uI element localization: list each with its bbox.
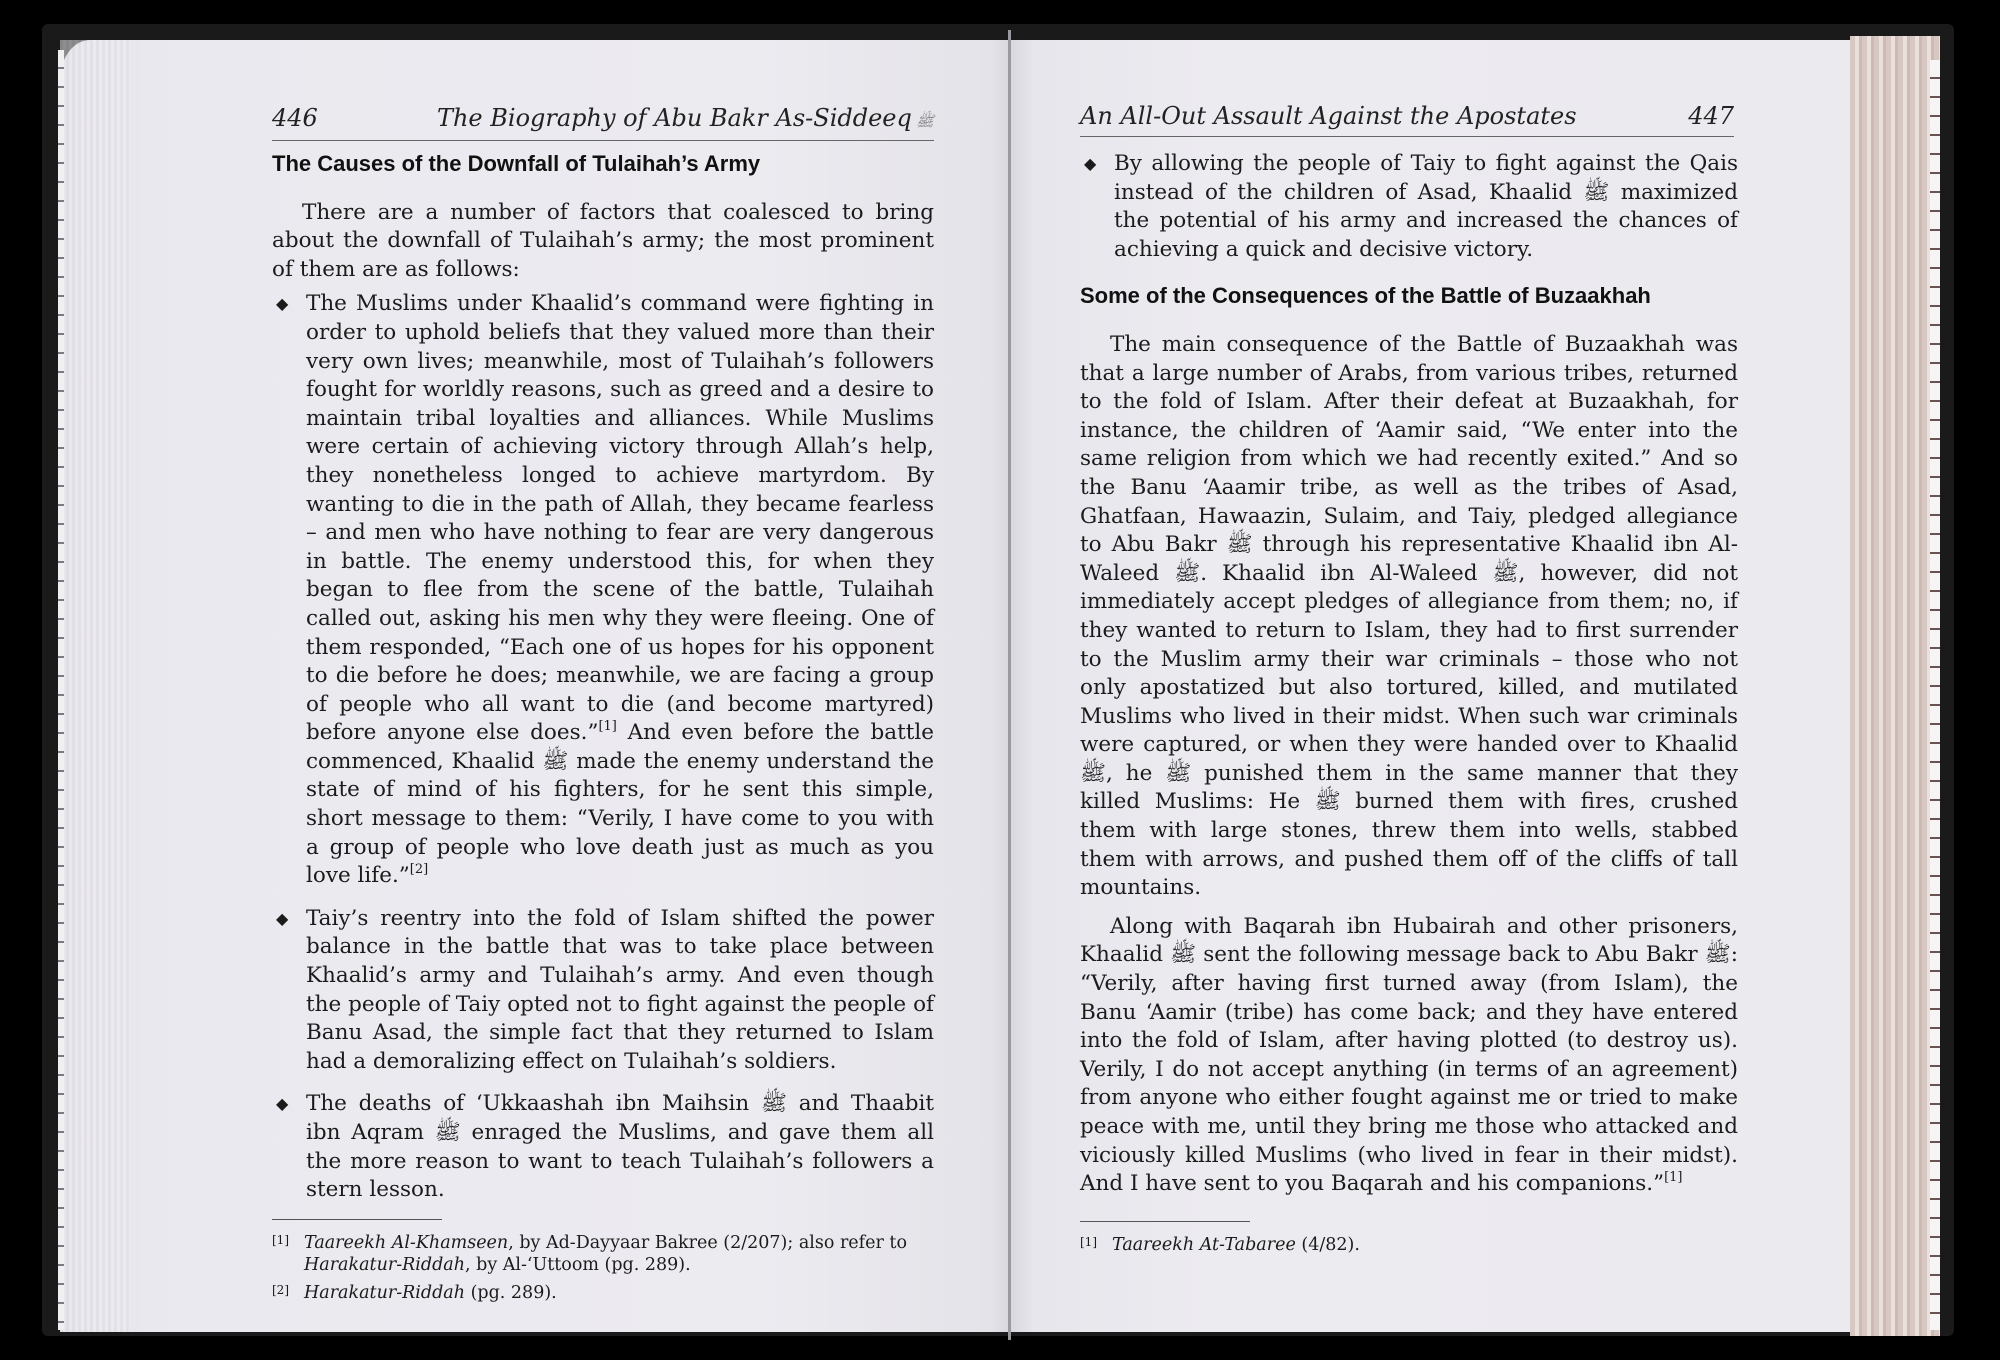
footnote: [1] Taareekh At-Tabaree (4/82). [1080, 1234, 1738, 1256]
diamond-bullet-icon: ◆ [276, 905, 288, 934]
left-running-header: 446 The Biography of Abu Bakr As-Siddeeq… [272, 104, 934, 141]
body-paragraph: The main consequence of the Battle of Bu… [1080, 331, 1738, 903]
right-running-header: An All-Out Assault Against the Apostates… [1080, 102, 1734, 137]
footnote: [1] Taareekh Al-Khamseen, by Ad-Dayyaar … [272, 1232, 934, 1276]
footnote-divider [1080, 1221, 1250, 1222]
left-page-content: The Causes of the Downfall of Tulaihah’s… [272, 150, 934, 1310]
footnote-ref[interactable]: [1] [598, 719, 616, 734]
bullet-item: ◆ The deaths of ‘Ukkaashah ibn Maihsin ﷺ… [272, 1090, 934, 1204]
intro-paragraph: There are a number of factors that coale… [272, 199, 934, 285]
diamond-bullet-icon: ◆ [276, 1090, 288, 1119]
book-gutter [1008, 30, 1011, 1340]
diamond-bullet-icon: ◆ [1084, 150, 1096, 179]
diamond-bullet-icon: ◆ [276, 290, 288, 319]
right-page-block [1850, 36, 1940, 1336]
honorific-icon: ﷺ [916, 112, 934, 130]
right-cover-stitching [1930, 60, 1940, 1330]
section-title: Some of the Consequences of the Battle o… [1080, 282, 1738, 311]
left-cover-stitching [58, 50, 64, 1330]
bullet-item: ◆ Taiy’s reentry into the fold of Islam … [272, 905, 934, 1077]
footnote: [2] Harakatur-Riddah (pg. 289). [272, 1282, 934, 1304]
page-number: 446 [272, 104, 318, 132]
body-paragraph: Along with Baqarah ibn Hubairah and othe… [1080, 913, 1738, 1199]
left-page-edges [60, 40, 130, 1332]
running-head-title: The Biography of Abu Bakr As-Siddeeqﷺ [437, 104, 934, 134]
page-number: 447 [1688, 102, 1734, 130]
bullet-item: ◆ The Muslims under Khaalid’s command we… [272, 290, 934, 890]
bullet-item: ◆ By allowing the people of Taiy to figh… [1080, 150, 1738, 264]
right-page-content: ◆ By allowing the people of Taiy to figh… [1080, 150, 1738, 1262]
running-head-title: An All-Out Assault Against the Apostates [1080, 102, 1577, 130]
footnote-divider [272, 1219, 442, 1220]
footnote-ref[interactable]: [2] [410, 862, 428, 877]
section-title: The Causes of the Downfall of Tulaihah’s… [272, 150, 934, 179]
footnote-ref[interactable]: [1] [1664, 1170, 1682, 1185]
